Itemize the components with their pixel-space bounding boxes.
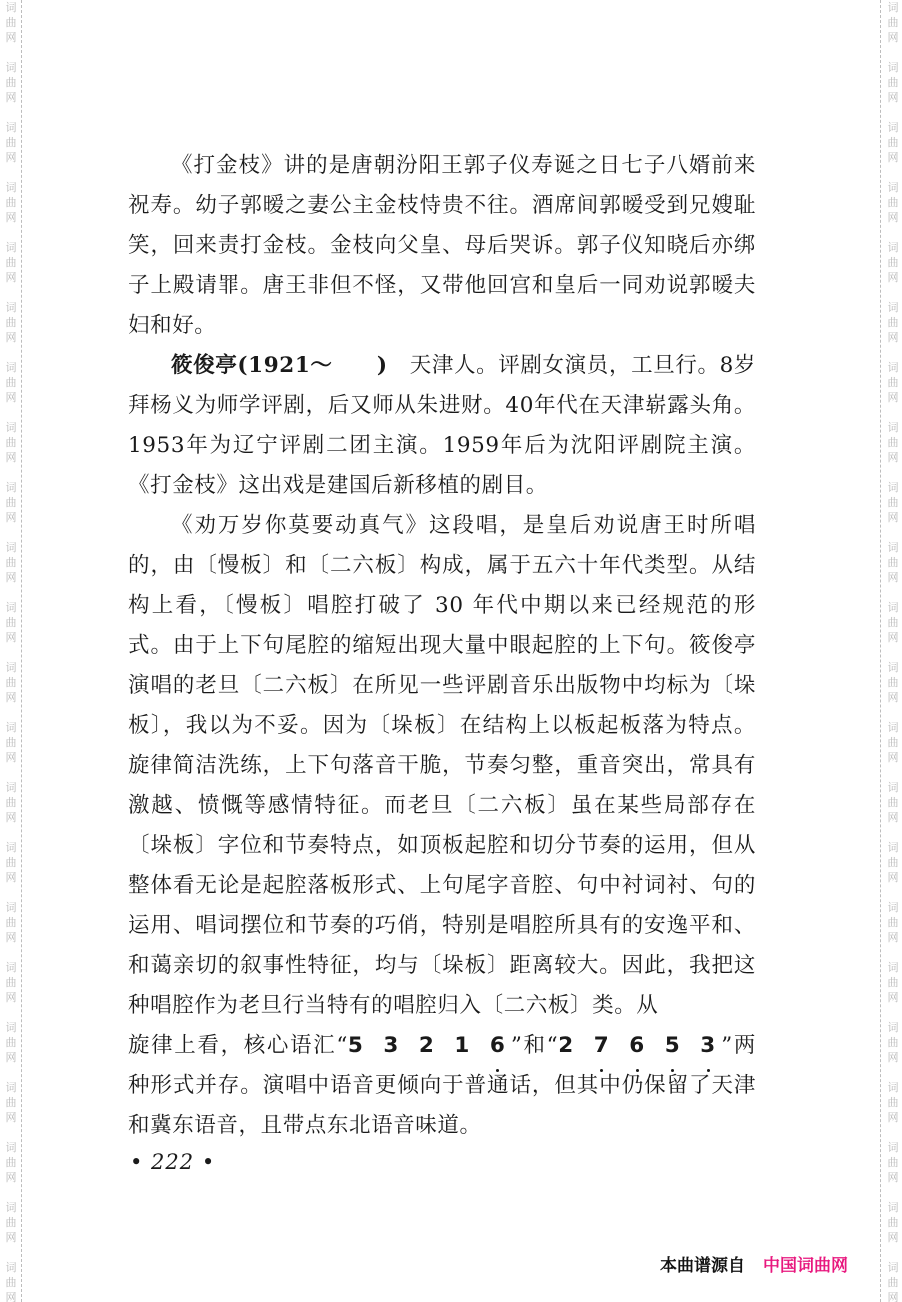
watermark-group: 词曲网 [884,420,902,465]
watermark-char: 词 [2,840,20,855]
motif-2-low-note: 7 [594,1026,615,1066]
watermark-char: 网 [884,390,902,405]
watermark-char: 词 [2,60,20,75]
motif-1-low-octave-note: 6 [490,1026,511,1066]
watermark-group: 词曲网 [884,360,902,405]
watermark-char: 曲 [2,855,20,870]
watermark-char: 词 [2,0,20,15]
watermark-char: 网 [2,1170,20,1185]
watermark-char: 网 [2,450,20,465]
watermark-char: 词 [884,780,902,795]
watermark-char: 曲 [2,795,20,810]
watermark-group: 词曲网 [884,960,902,1005]
watermark-char: 词 [884,840,902,855]
watermark-group: 词曲网 [2,780,20,825]
watermark-group: 词曲网 [2,840,20,885]
watermark-char: 曲 [884,1215,902,1230]
watermark-char: 曲 [2,375,20,390]
watermark-group: 词曲网 [884,1080,902,1125]
watermark-group: 词曲网 [2,1020,20,1065]
watermark-char: 词 [2,420,20,435]
watermark-group: 词曲网 [884,120,902,165]
watermark-char: 词 [884,180,902,195]
watermark-group: 词曲网 [2,60,20,105]
watermark-group: 词曲网 [2,1260,20,1302]
watermark-char: 网 [884,1230,902,1245]
watermark-char: 网 [884,810,902,825]
watermark-char: 词 [884,900,902,915]
watermark-char: 词 [884,60,902,75]
motif-2-plain-note: 2 [558,1033,594,1058]
text-before-motif: 旋律上看，核心语汇“ [128,1033,348,1058]
watermark-group: 词曲网 [884,600,902,645]
watermark-char: 词 [884,720,902,735]
watermark-char: 网 [2,150,20,165]
watermark-char: 网 [2,510,20,525]
watermark-char: 曲 [2,615,20,630]
watermark-char: 曲 [884,255,902,270]
watermark-char: 词 [2,1200,20,1215]
watermark-char: 网 [884,270,902,285]
watermark-group: 词曲网 [2,600,20,645]
watermark-char: 曲 [884,735,902,750]
text-between-motifs: ”和“ [511,1033,558,1058]
watermark-group: 词曲网 [884,780,902,825]
watermark-char: 曲 [2,735,20,750]
watermark-char: 词 [884,1260,902,1275]
watermark-group: 词曲网 [884,1200,902,1245]
watermark-group: 词曲网 [884,1260,902,1302]
watermark-char: 词 [2,300,20,315]
watermark-group: 词曲网 [884,480,902,525]
watermark-char: 曲 [884,75,902,90]
watermark-char: 词 [2,1020,20,1035]
watermark-char: 曲 [2,1095,20,1110]
watermark-char: 词 [2,720,20,735]
watermark-group: 词曲网 [2,720,20,765]
watermark-char: 网 [884,930,902,945]
watermark-group: 词曲网 [2,660,20,705]
watermark-group: 词曲网 [884,1140,902,1185]
watermark-char: 网 [2,930,20,945]
watermark-char: 网 [884,30,902,45]
watermark-group: 词曲网 [2,540,20,585]
watermark-char: 网 [2,690,20,705]
watermark-group: 词曲网 [884,540,902,585]
motif-2-low-note: 3 [700,1026,721,1066]
watermark-char: 词 [2,480,20,495]
watermark-char: 词 [884,360,902,375]
page-body: 《打金枝》讲的是唐朝汾阳王郭子仪寿诞之日七子八婿前来祝寿。幼子郭暧之妻公主金枝恃… [128,146,756,1146]
watermark-group: 词曲网 [2,360,20,405]
performer-name: 筱俊亭(1921～ ) [171,353,388,378]
watermark-char: 曲 [884,435,902,450]
watermark-char: 词 [2,240,20,255]
watermark-char: 词 [884,1200,902,1215]
watermark-group: 词曲网 [2,900,20,945]
watermark-char: 曲 [884,975,902,990]
source-label: 本曲谱源自 [660,1256,745,1276]
watermark-char: 网 [884,690,902,705]
watermark-group: 词曲网 [2,960,20,1005]
watermark-char: 网 [2,810,20,825]
watermark-char: 网 [884,990,902,1005]
watermark-char: 曲 [2,1215,20,1230]
watermark-char: 曲 [2,195,20,210]
watermark-char: 网 [2,750,20,765]
watermark-char: 网 [2,870,20,885]
motif-2-notation: 2 7 6 5 3 [558,1033,721,1058]
watermark-char: 曲 [2,495,20,510]
watermark-char: 曲 [884,375,902,390]
watermark-group: 词曲网 [2,480,20,525]
watermark-group: 词曲网 [2,420,20,465]
watermark-char: 曲 [2,135,20,150]
watermark-char: 网 [2,90,20,105]
watermark-group: 词曲网 [884,180,902,225]
watermark-char: 词 [884,480,902,495]
watermark-char: 曲 [884,615,902,630]
watermark-char: 词 [2,960,20,975]
left-margin-dashed-line [21,0,22,1302]
watermark-char: 词 [884,600,902,615]
watermark-char: 词 [2,1260,20,1275]
watermark-char: 曲 [2,675,20,690]
watermark-char: 网 [884,1110,902,1125]
watermark-char: 曲 [884,1275,902,1290]
watermark-char: 网 [2,570,20,585]
watermark-char: 曲 [2,15,20,30]
watermark-char: 曲 [884,1035,902,1050]
watermark-group: 词曲网 [2,1140,20,1185]
page-number: • 222 • [130,1150,215,1174]
watermark-char: 网 [884,330,902,345]
watermark-char: 曲 [884,1095,902,1110]
watermark-char: 曲 [884,675,902,690]
watermark-char: 词 [884,540,902,555]
watermark-char: 曲 [884,195,902,210]
watermark-char: 词 [884,300,902,315]
watermark-char: 词 [2,540,20,555]
watermark-group: 词曲网 [884,660,902,705]
watermark-char: 网 [884,90,902,105]
watermark-char: 网 [884,870,902,885]
watermark-char: 曲 [2,1275,20,1290]
right-margin-dashed-line [880,0,881,1302]
watermark-char: 网 [2,1110,20,1125]
watermark-char: 词 [2,660,20,675]
paragraph-performer-bio: 筱俊亭(1921～ ) 天津人。评剧女演员，工旦行。8岁拜杨义为师学评剧，后又师… [128,346,756,506]
watermark-char: 曲 [884,15,902,30]
watermark-char: 词 [2,600,20,615]
watermark-group: 词曲网 [884,0,902,45]
watermark-group: 词曲网 [884,720,902,765]
watermark-char: 曲 [884,495,902,510]
watermark-group: 词曲网 [884,900,902,945]
watermark-char: 网 [884,750,902,765]
watermark-char: 曲 [2,1155,20,1170]
watermark-group: 词曲网 [884,60,902,105]
watermark-char: 词 [884,1080,902,1095]
paragraph-plot-summary: 《打金枝》讲的是唐朝汾阳王郭子仪寿诞之日七子八婿前来祝寿。幼子郭暧之妻公主金枝恃… [128,146,756,346]
watermark-char: 网 [884,570,902,585]
watermark-char: 曲 [884,135,902,150]
watermark-group: 词曲网 [884,1020,902,1065]
watermark-char: 词 [2,120,20,135]
watermark-char: 网 [2,390,20,405]
watermark-char: 词 [2,180,20,195]
watermark-char: 词 [2,780,20,795]
watermark-char: 曲 [2,255,20,270]
watermark-char: 网 [2,210,20,225]
watermark-group: 词曲网 [2,0,20,45]
watermark-group: 词曲网 [2,1200,20,1245]
watermark-group: 词曲网 [884,840,902,885]
watermark-char: 词 [884,120,902,135]
watermark-char: 网 [884,1050,902,1065]
watermark-char: 词 [884,660,902,675]
watermark-char: 曲 [2,75,20,90]
paragraph-analysis: 《劝万岁你莫要动真气》这段唱，是皇后劝说唐王时所唱的，由〔慢板〕和〔二六板〕构成… [128,506,756,1026]
watermark-group: 词曲网 [2,180,20,225]
watermark-char: 曲 [884,855,902,870]
watermark-group: 词曲网 [2,120,20,165]
watermark-char: 词 [884,0,902,15]
watermark-char: 网 [884,630,902,645]
watermark-char: 曲 [884,315,902,330]
watermark-group: 词曲网 [2,1080,20,1125]
watermark-char: 网 [2,1230,20,1245]
watermark-char: 网 [884,1170,902,1185]
watermark-char: 曲 [884,1155,902,1170]
watermark-char: 网 [2,30,20,45]
watermark-char: 网 [2,270,20,285]
watermark-char: 曲 [2,315,20,330]
watermark-group: 词曲网 [2,240,20,285]
watermark-char: 词 [884,240,902,255]
watermark-char: 网 [884,150,902,165]
watermark-char: 网 [2,1050,20,1065]
watermark-char: 词 [2,1140,20,1155]
watermark-group: 词曲网 [884,240,902,285]
motif-2-low-note: 6 [629,1026,650,1066]
watermark-char: 网 [2,330,20,345]
motif-1-notation: 5 3 2 1 6 [348,1033,511,1058]
watermark-char: 词 [2,360,20,375]
motif-1-plain-notes: 5 3 2 1 [348,1033,490,1058]
watermark-char: 网 [884,210,902,225]
watermark-char: 网 [2,630,20,645]
watermark-char: 曲 [2,975,20,990]
watermark-char: 曲 [2,915,20,930]
watermark-char: 网 [884,450,902,465]
watermark-char: 曲 [2,435,20,450]
source-footer: 本曲谱源自中国词曲网 [660,1251,848,1276]
watermark-char: 词 [884,960,902,975]
paragraph-analysis-continued: 旋律上看，核心语汇“5 3 2 1 6”和“2 7 6 5 3”两种形式并存。演… [128,1026,756,1146]
watermark-group: 词曲网 [2,300,20,345]
watermark-char: 词 [2,900,20,915]
motif-2-low-note: 5 [665,1026,686,1066]
watermark-char: 曲 [884,555,902,570]
site-name-link[interactable]: 中国词曲网 [763,1256,848,1276]
watermark-char: 词 [884,1140,902,1155]
watermark-char: 网 [884,1290,902,1302]
watermark-char: 网 [2,1290,20,1302]
watermark-group: 词曲网 [884,300,902,345]
watermark-char: 网 [884,510,902,525]
watermark-char: 网 [2,990,20,1005]
watermark-char: 曲 [2,555,20,570]
watermark-char: 词 [2,1080,20,1095]
watermark-char: 曲 [884,915,902,930]
watermark-char: 词 [884,420,902,435]
watermark-char: 曲 [884,795,902,810]
watermark-char: 词 [884,1020,902,1035]
watermark-char: 曲 [2,1035,20,1050]
